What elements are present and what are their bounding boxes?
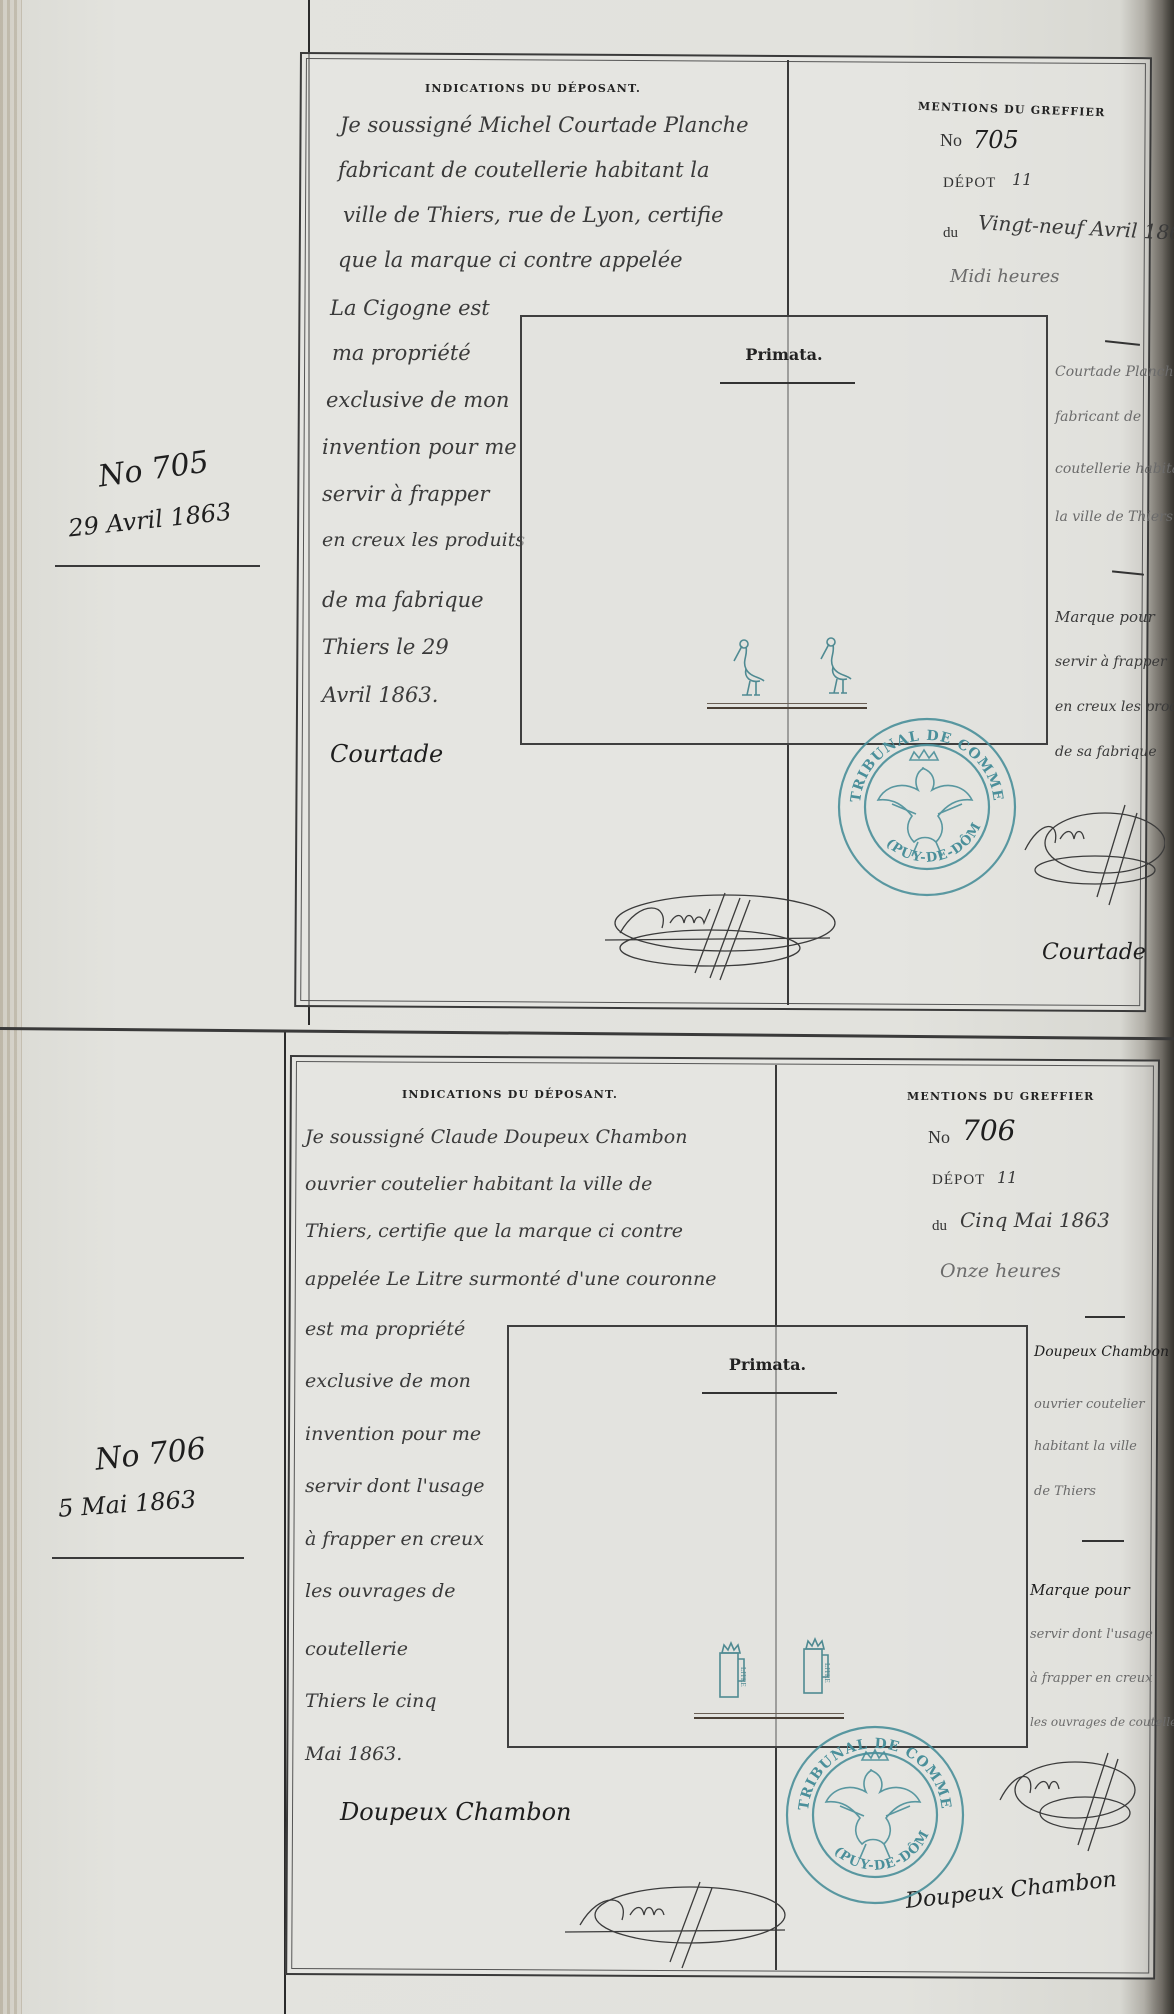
mark-baseline — [694, 1717, 844, 1719]
mark-title: Primata. — [509, 1355, 1026, 1374]
greffier-countersignature — [1015, 795, 1165, 910]
depositor-line: Courtade Planche — [1055, 365, 1174, 379]
mark-title-underline — [720, 382, 855, 384]
margin-note-underline — [52, 1557, 244, 1559]
declarant-countersignature: Courtade — [1042, 942, 1146, 964]
declaration-line: ma propriété — [332, 343, 471, 364]
deposit-date: Cinq Mai 1863 — [960, 1210, 1110, 1230]
depot-value: 11 — [997, 1170, 1017, 1186]
declaration-line: en creux les produits — [322, 531, 525, 550]
number-label: No — [940, 130, 962, 151]
depot-value: 11 — [1012, 172, 1032, 188]
purpose-line: les ouvrages de coutellerie — [1030, 1716, 1174, 1728]
depot-label: DÉPOT — [932, 1172, 985, 1189]
depositor-line: Doupeux Chambon — [1034, 1345, 1169, 1359]
svg-text:TRIBUNAL DE COMMERCE DE THIERS: TRIBUNAL DE COMMERCE DE THIERS — [780, 1720, 954, 1811]
declaration-line: que la marque ci contre appelée — [338, 250, 683, 271]
declaration-line: les ouvrages de — [305, 1582, 456, 1601]
left-column-header: INDICATIONS DU DÉPOSANT. — [425, 82, 641, 95]
declaration-line: Thiers, certifie que la marque ci contre — [305, 1222, 683, 1241]
court-stamp-seal: TRIBUNAL DE COMMERCE DE THIERS (PUY-DE-D… — [832, 712, 1022, 902]
declaration-line: Avril 1863. — [322, 685, 438, 706]
declarant-signature: Doupeux Chambon — [340, 1800, 572, 1824]
declaration-line: appelée Le Litre surmonté d'une couronne — [305, 1270, 716, 1289]
declaration-line: servir à frapper — [322, 484, 489, 505]
declaration-line: est ma propriété — [305, 1320, 465, 1339]
declaration-line: invention pour me — [305, 1425, 481, 1444]
margin-note-number: No 706 — [94, 1434, 208, 1475]
mark-title-underline — [702, 1392, 837, 1394]
margin-note-number: No 705 — [96, 447, 210, 492]
register-page: No 705 29 Avril 1863 INDICATIONS DU DÉPO… — [0, 0, 1174, 2014]
entry-separator-rule — [0, 1027, 1174, 1040]
separator-dash — [1085, 1316, 1125, 1318]
crowned-litre-icon: LITRE — [717, 1639, 747, 1701]
deposit-time: Onze heures — [940, 1262, 1061, 1281]
declaration-line: exclusive de mon — [305, 1372, 471, 1391]
mark-baseline-thin — [694, 1713, 844, 1714]
mark-baseline — [707, 707, 867, 709]
depositor-line: habitant la ville — [1034, 1440, 1137, 1453]
declaration-line: La Cigogne est — [330, 298, 490, 319]
declaration-line: servir dont l'usage — [305, 1477, 485, 1496]
depositor-line: coutellerie habitant — [1055, 462, 1174, 476]
margin-note-date: 29 Avril 1863 — [67, 500, 232, 541]
purpose-line: en creux les produits — [1055, 700, 1174, 714]
separator-dash — [1082, 1540, 1124, 1542]
date-label: du — [932, 1218, 947, 1235]
purpose-line: servir à frapper — [1055, 655, 1167, 669]
declaration-line: de ma fabrique — [322, 590, 484, 611]
deposit-time: Midi heures — [950, 268, 1060, 286]
purpose-line: Marque pour — [1055, 610, 1155, 625]
number-label: No — [928, 1127, 950, 1148]
declaration-line: Je soussigné Claude Doupeux Chambon — [305, 1128, 687, 1147]
purpose-line: de sa fabrique — [1055, 745, 1157, 759]
left-column-header: INDICATIONS DU DÉPOSANT. — [402, 1088, 618, 1101]
declaration-line: à frapper en creux — [305, 1530, 484, 1549]
declaration-line: coutellerie — [305, 1640, 408, 1659]
stork-icon — [817, 635, 857, 697]
margin-note-underline — [55, 565, 260, 567]
depositor-line: la ville de Thiers — [1055, 510, 1173, 524]
eagle-icon — [826, 1750, 920, 1858]
declaration-line: exclusive de mon — [326, 390, 509, 411]
litre-label: LITRE — [823, 1663, 831, 1683]
declaration-line: Thiers le 29 — [322, 637, 449, 658]
purpose-line: Marque pour — [1030, 1583, 1130, 1598]
book-spine — [0, 0, 22, 2014]
declaration-line: ouvrier coutelier habitant la ville de — [305, 1175, 652, 1194]
declaration-line: ville de Thiers, rue de Lyon, certifie — [343, 205, 724, 226]
mark-box: Primata. LITRE LITRE — [507, 1325, 1028, 1748]
deposit-number: 706 — [962, 1117, 1015, 1145]
depositor-line: ouvrier coutelier — [1034, 1398, 1145, 1411]
depositor-line: de Thiers — [1034, 1485, 1096, 1498]
stork-icon — [730, 637, 770, 699]
mark-box: Primata. — [520, 315, 1048, 745]
mark-title: Primata. — [522, 345, 1046, 364]
declaration-line: Thiers le cinq — [305, 1692, 437, 1711]
litre-label: LITRE — [739, 1667, 747, 1687]
date-label: du — [943, 225, 958, 242]
depot-label: DÉPOT — [943, 175, 996, 192]
declaration-line: Je soussigné Michel Courtade Planche — [340, 115, 749, 136]
purpose-line: servir dont l'usage — [1030, 1628, 1153, 1641]
crowned-litre-icon: LITRE — [801, 1635, 831, 1697]
declaration-line: invention pour me — [322, 437, 517, 458]
declaration-line: fabricant de coutellerie habitant la — [338, 160, 710, 181]
right-column-header: MENTIONS DU GREFFIER — [907, 1090, 1095, 1103]
court-stamp-seal: TRIBUNAL DE COMMERCE DE THIERS (PUY-DE-D… — [780, 1720, 970, 1910]
margin-note-date: 5 Mai 1863 — [57, 1487, 197, 1521]
greffier-countersignature — [990, 1745, 1140, 1855]
greffier-signature — [600, 878, 840, 988]
deposit-number: 705 — [973, 128, 1019, 152]
declaration-line: Mai 1863. — [305, 1745, 402, 1764]
stamp-text: TRIBUNAL DE COMMERCE DE THIERS — [780, 1720, 954, 1811]
greffier-signature — [560, 1870, 790, 1980]
declarant-signature: Courtade — [330, 742, 443, 766]
purpose-line: à frapper en creux — [1030, 1672, 1152, 1685]
depositor-line: fabricant de — [1055, 410, 1141, 424]
mark-baseline-thin — [707, 703, 867, 704]
